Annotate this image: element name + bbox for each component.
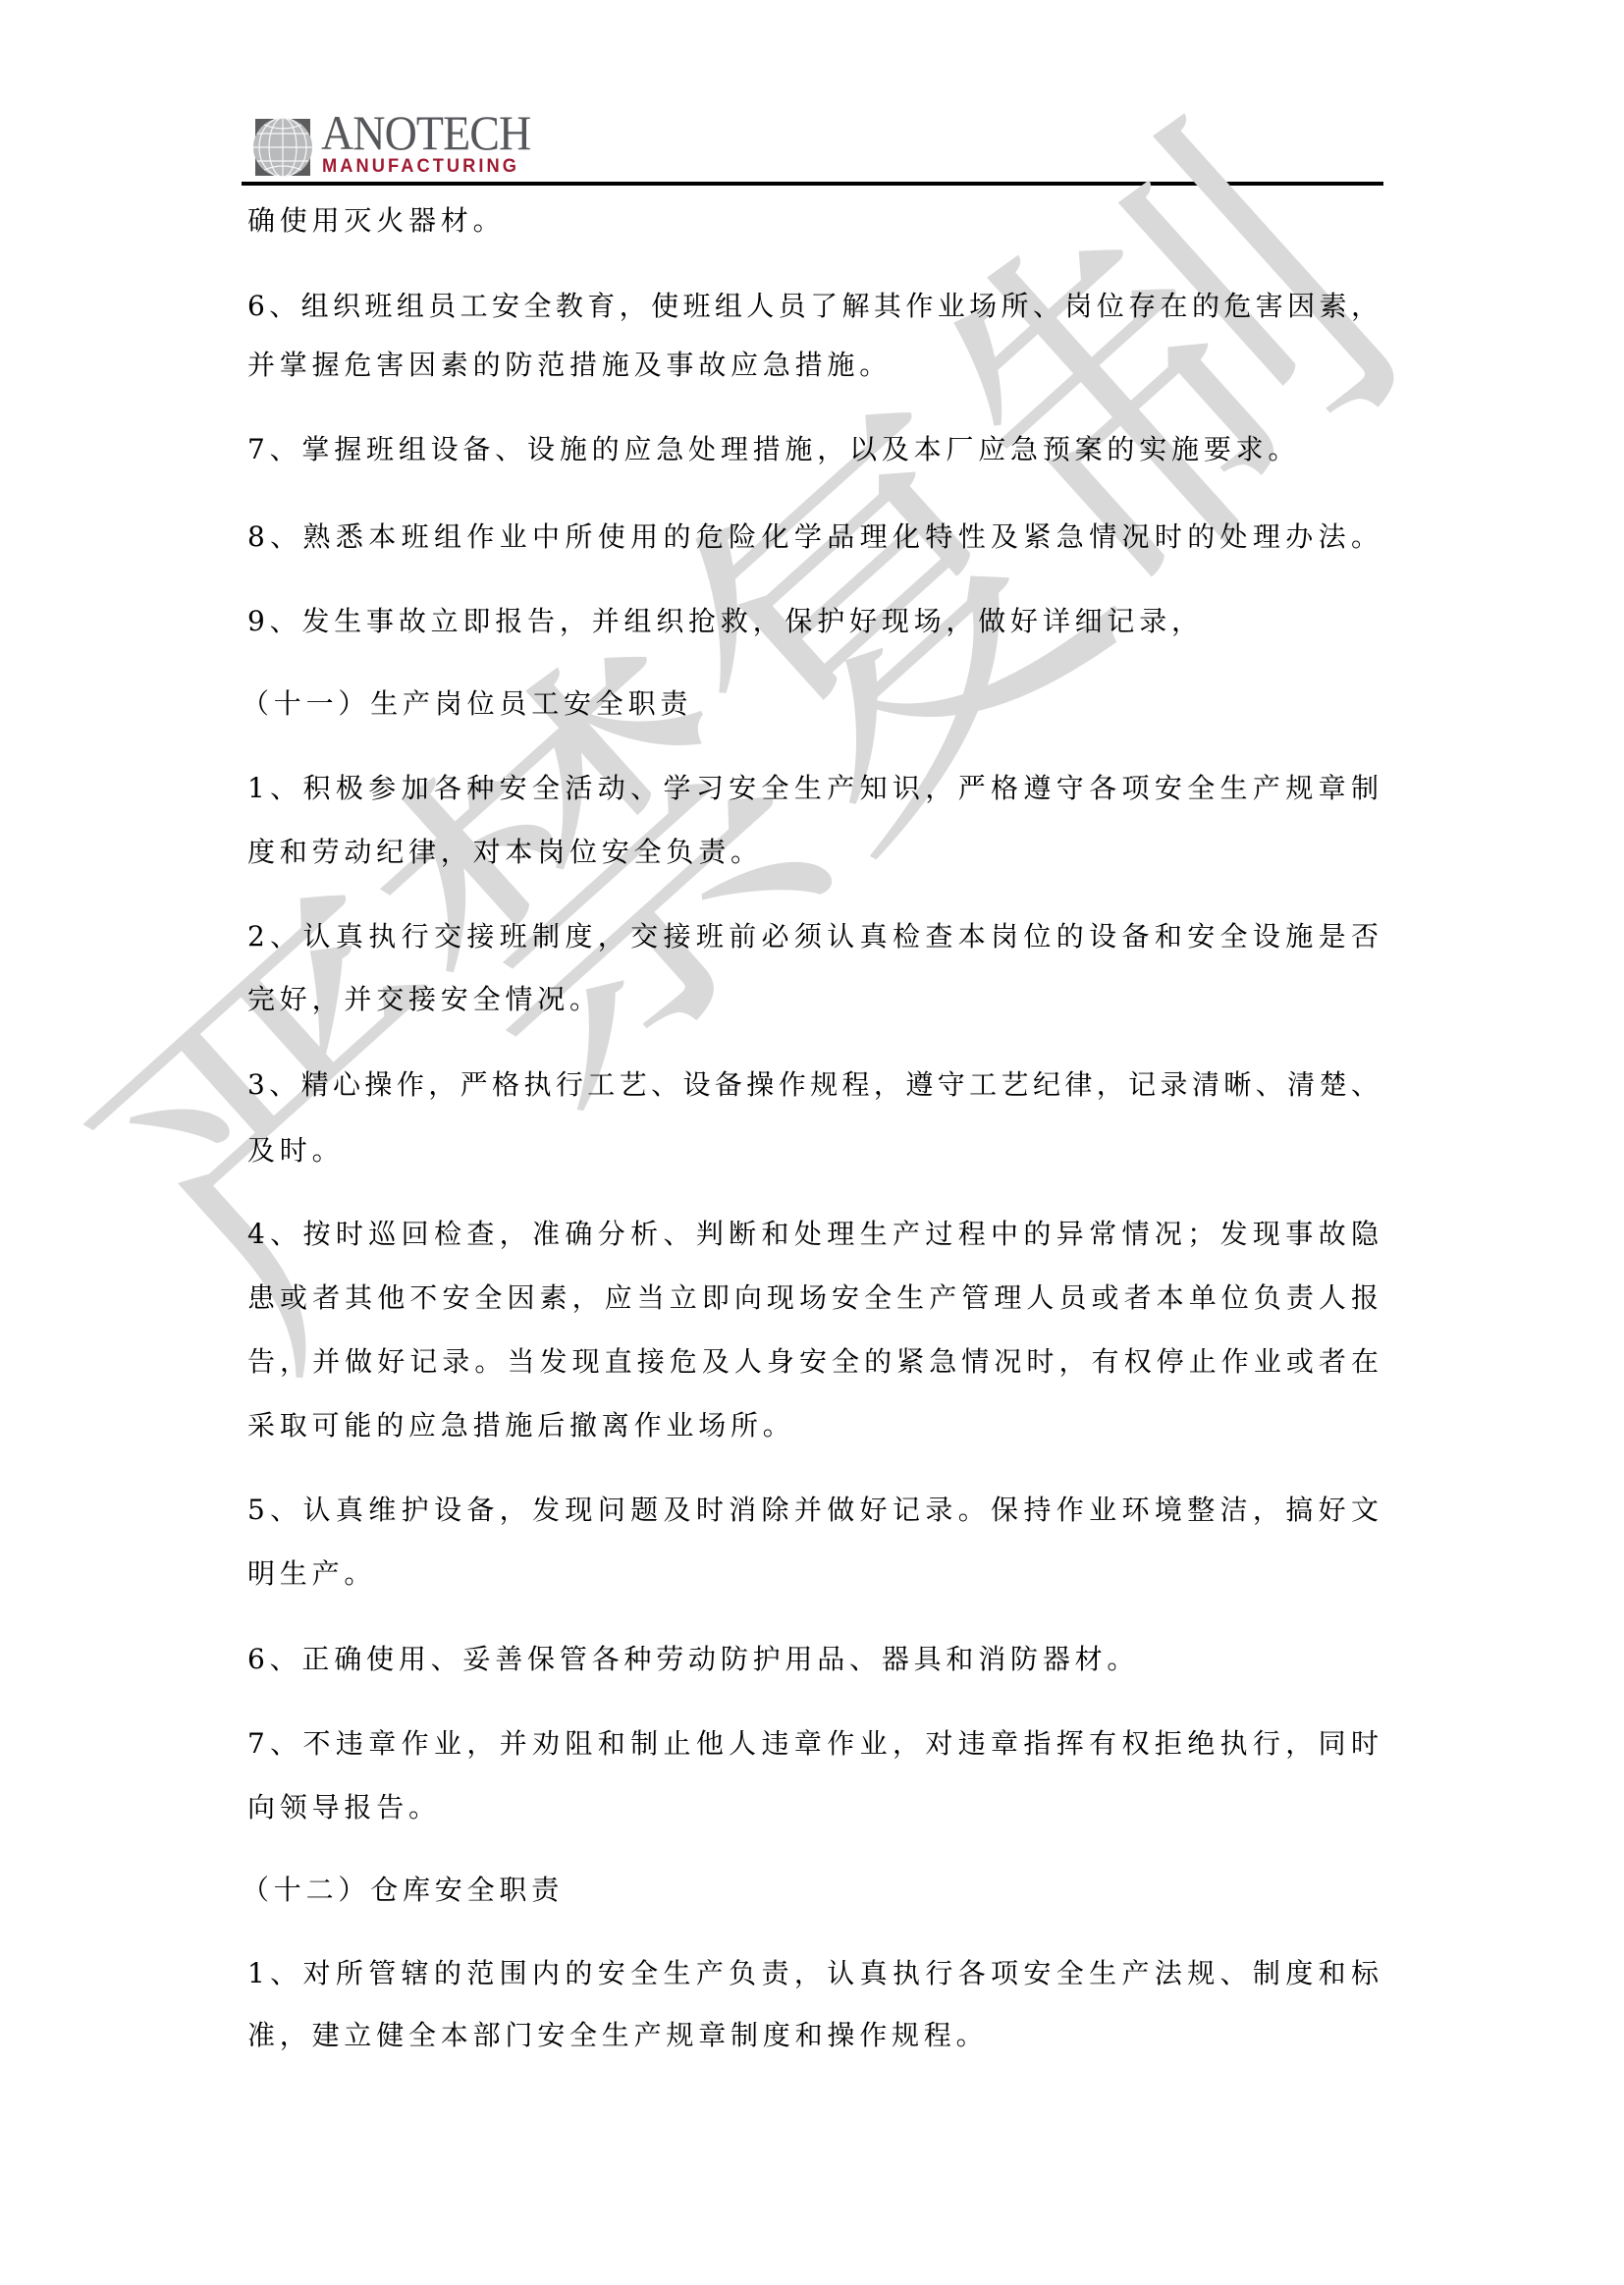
paragraph-line: 度和劳动纪律，对本岗位安全负责。: [247, 833, 1379, 872]
paragraph-line: 9、发生事故立即报告，并组织抢救，保护好现场，做好详细记录，: [247, 602, 1379, 641]
logo-subtitle: MANUFACTURING: [322, 157, 519, 177]
document-page: ANOTECH MANUFACTURING 严禁复制 确使用灭火器材。6、组织班…: [0, 0, 1624, 2285]
paragraph-line: 6、组织班组员工安全教育，使班组人员了解其作业场所、岗位存在的危害因素，: [247, 287, 1379, 326]
paragraph-line: 7、不违章作业，并劝阻和制止他人违章作业，对违章指挥有权拒绝执行，同时: [247, 1724, 1379, 1764]
paragraph-line: 1、积极参加各种安全活动、学习安全生产知识，严格遵守各项安全生产规章制: [247, 769, 1379, 808]
paragraph-line: 4、按时巡回检查，准确分析、判断和处理生产过程中的异常情况；发现事故隐: [247, 1215, 1379, 1254]
paragraph-line: 患或者其他不安全因素，应当立即向现场安全生产管理人员或者本单位负责人报: [247, 1279, 1379, 1318]
section-heading: （十一）生产岗位员工安全职责: [242, 684, 1373, 724]
paragraph-line: 告，并做好记录。当发现直接危及人身安全的紧急情况时，有权停止作业或者在: [247, 1342, 1379, 1382]
paragraph-line: 1、对所管辖的范围内的安全生产负责，认真执行各项安全生产法规、制度和标: [247, 1954, 1379, 1993]
paragraph-line: 并掌握危害因素的防范措施及事故应急措施。: [247, 346, 1379, 385]
paragraph-line: 6、正确使用、妥善保管各种劳动防护用品、器具和消防器材。: [247, 1640, 1379, 1679]
paragraph-line: 向领导报告。: [247, 1788, 1379, 1827]
paragraph-line: 7、掌握班组设备、设施的应急处理措施，以及本厂应急预案的实施要求。: [247, 430, 1379, 469]
paragraph-line: 明生产。: [247, 1554, 1379, 1594]
logo-wordmark: ANOTECH: [321, 108, 530, 157]
paragraph-line: 采取可能的应急措施后撤离作业场所。: [247, 1406, 1379, 1445]
paragraph-line: 8、熟悉本班组作业中所使用的危险化学品理化特性及紧急情况时的处理办法。: [247, 517, 1379, 557]
paragraph-line: 及时。: [247, 1131, 1379, 1170]
globe-icon: [252, 117, 313, 178]
header-divider: [242, 182, 1383, 186]
paragraph-line: 5、认真维护设备，发现问题及时消除并做好记录。保持作业环境整洁，搞好文: [247, 1491, 1379, 1530]
paragraph-line: 完好，并交接安全情况。: [247, 980, 1379, 1019]
section-heading: （十二）仓库安全职责: [242, 1871, 1373, 1910]
company-logo: ANOTECH MANUFACTURING: [252, 114, 547, 179]
paragraph-line: 2、认真执行交接班制度，交接班前必须认真检查本岗位的设备和安全设施是否: [247, 917, 1379, 956]
paragraph-line: 准，建立健全本部门安全生产规章制度和操作规程。: [247, 2016, 1379, 2055]
paragraph-line: 确使用灭火器材。: [247, 201, 1379, 241]
paragraph-line: 3、精心操作，严格执行工艺、设备操作规程，遵守工艺纪律，记录清晰、清楚、: [247, 1065, 1379, 1105]
